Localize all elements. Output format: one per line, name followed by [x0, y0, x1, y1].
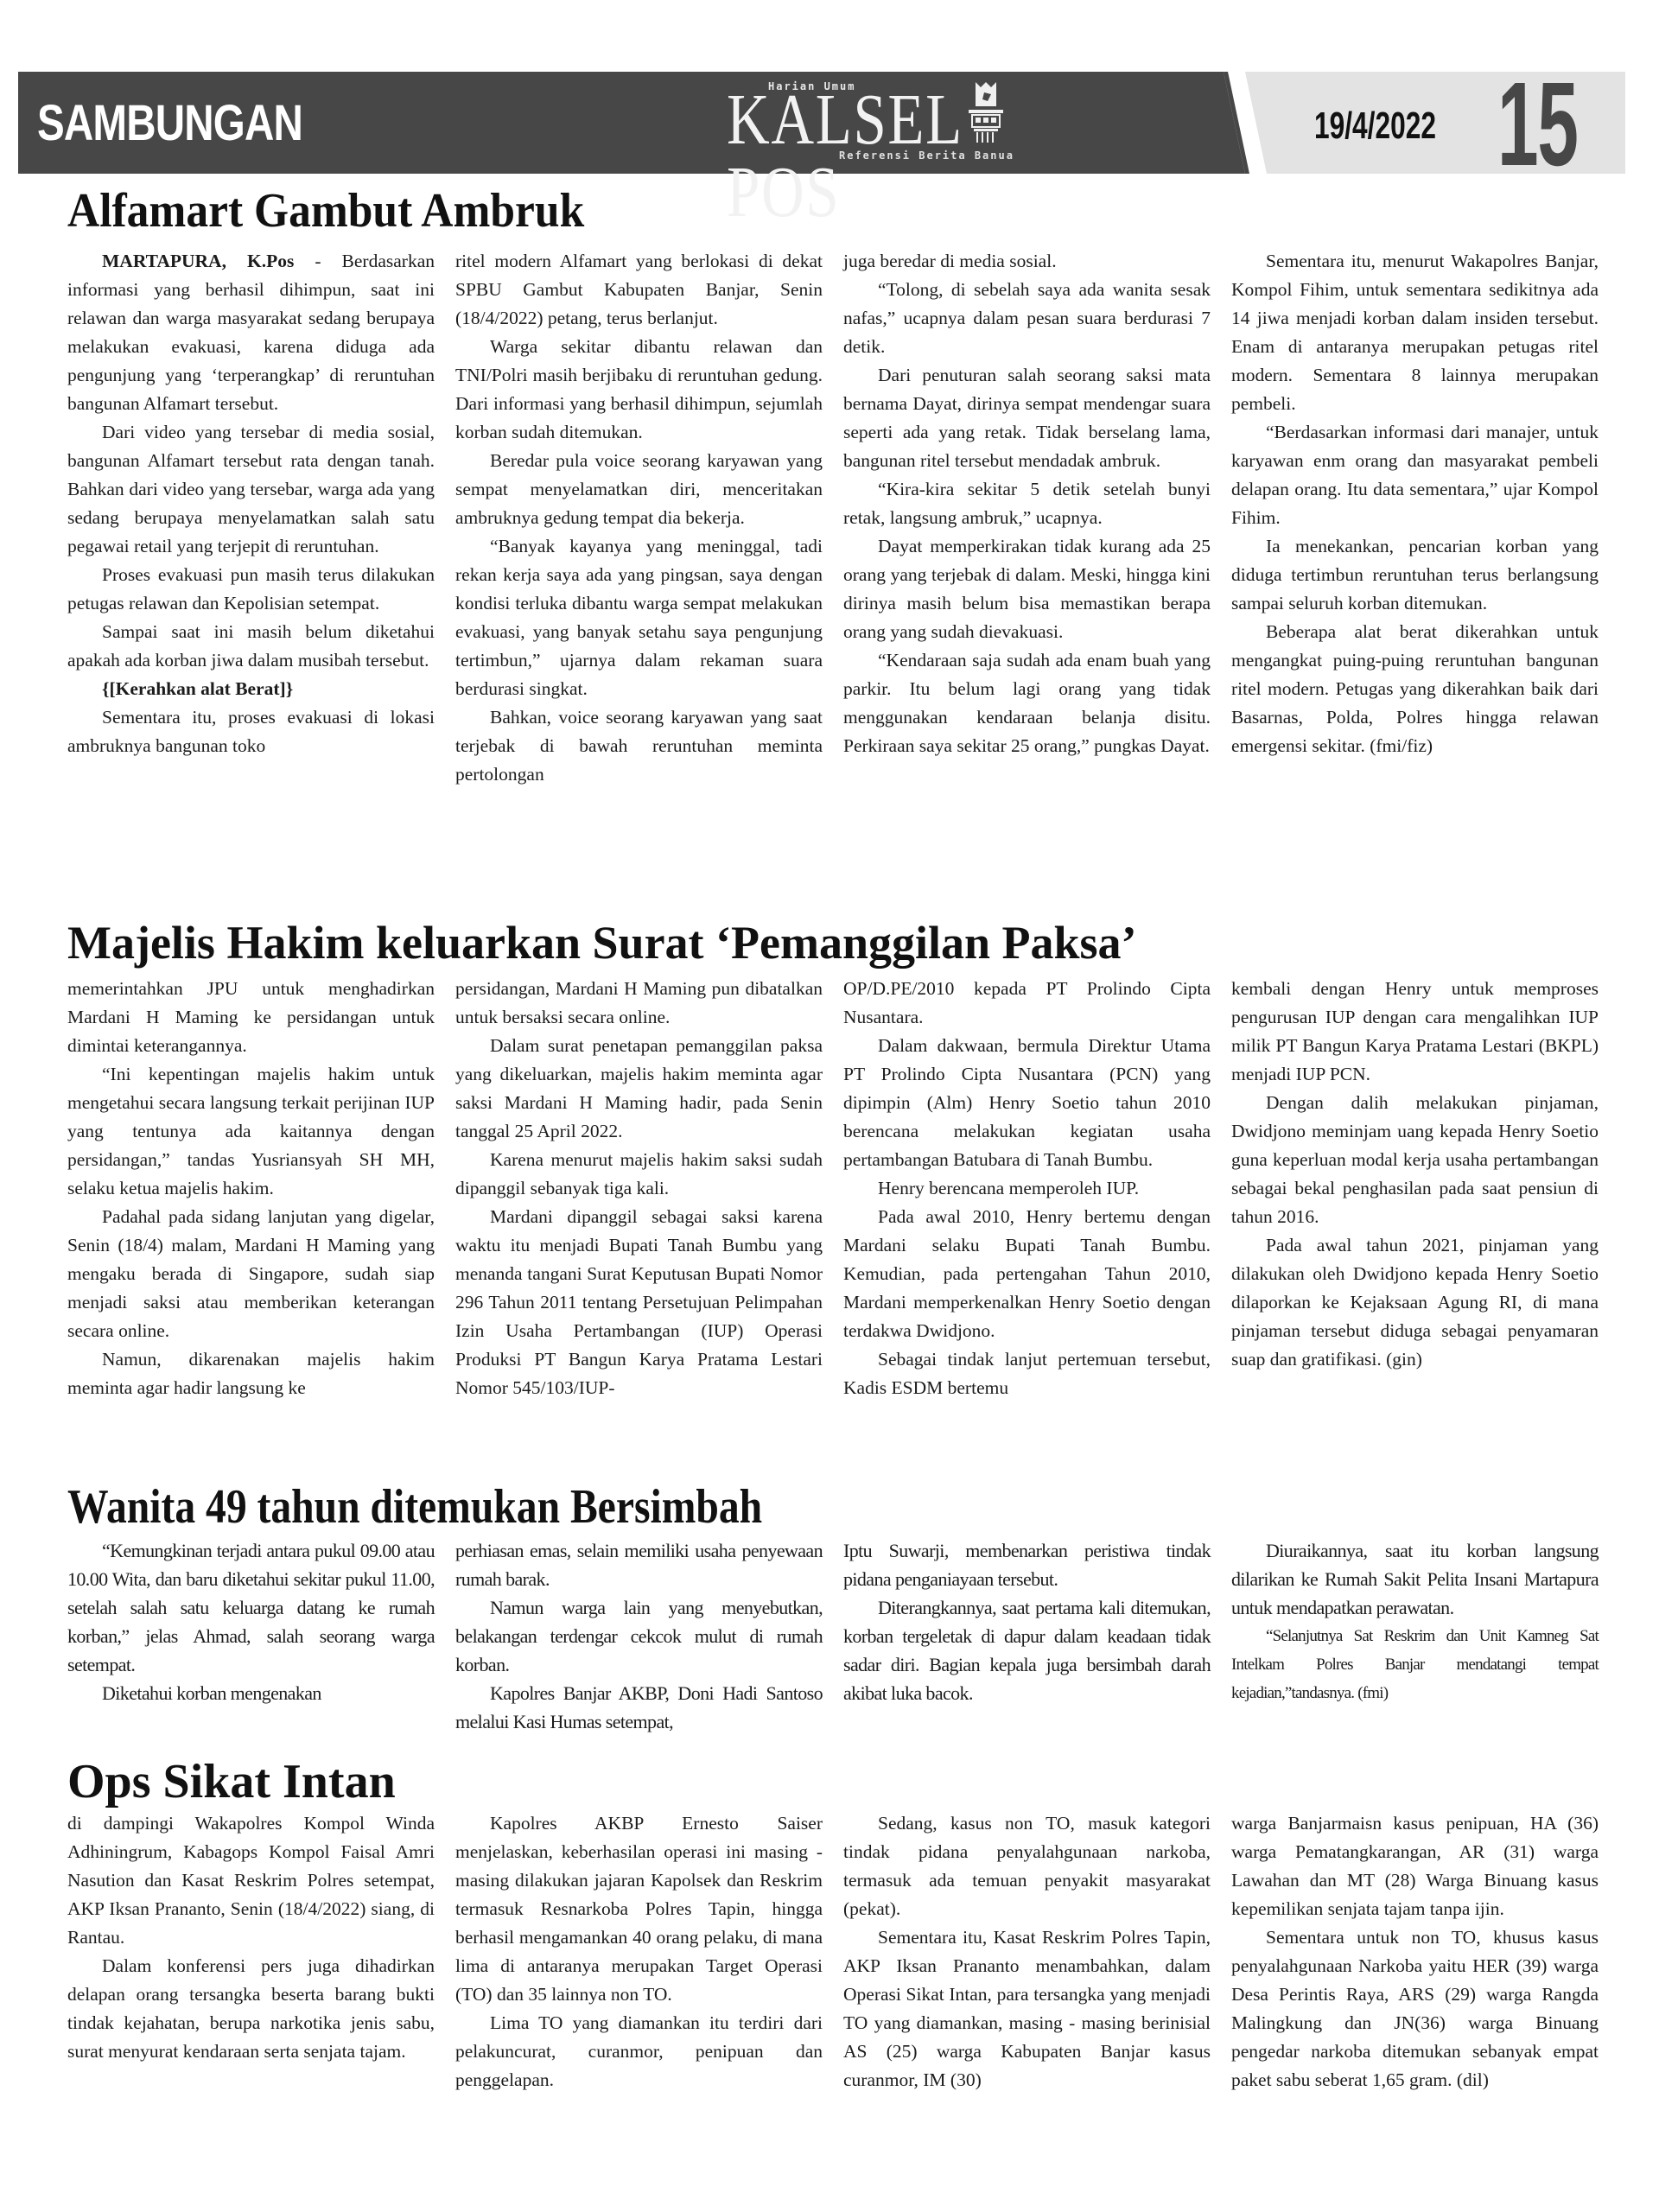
text-column: warga Banjarmaisn kasus penipuan, HA (36…: [1231, 1809, 1599, 2094]
paragraph-text: Padahal pada sidang lanjutan yang digela…: [67, 1206, 435, 1341]
paragraph: memerintahkan JPU untuk menghadirkan Mar…: [67, 975, 435, 1060]
paragraph-text: Diuraikannya, saat itu korban langsung d…: [1231, 1540, 1599, 1618]
newspaper-logo: Harian Umum KALSELPOS Referensi Berita B…: [727, 77, 1176, 168]
text-column: di dampingi Wakapolres Kompol Winda Adhi…: [67, 1809, 435, 2094]
text-column: ritel modern Alfamart yang berlokasi di …: [455, 247, 823, 789]
article-headline: Majelis Hakim keluarkan Surat ‘Pemanggil…: [67, 916, 1137, 969]
paragraph-text: “Kira-kira sekitar 5 detik setelah bunyi…: [843, 479, 1211, 528]
paragraph-text: kembali dengan Henry untuk memproses pen…: [1231, 978, 1599, 1084]
paragraph-text: Dari video yang tersebar di media sosial…: [67, 422, 435, 556]
paragraph-text: Sementara itu, proses evakuasi di lokasi…: [67, 707, 435, 756]
paragraph: “Ini kepentingan majelis hakim untuk men…: [67, 1060, 435, 1203]
article-body: di dampingi Wakapolres Kompol Winda Adhi…: [67, 1809, 1624, 2094]
paragraph: “Selanjutnya Sat Reskrim dan Unit Kamneg…: [1231, 1622, 1599, 1707]
paragraph-text: Beredar pula voice seorang karyawan yang…: [455, 450, 823, 528]
paragraph-text: “Ini kepentingan majelis hakim untuk men…: [67, 1064, 435, 1198]
logo-tagline: Referensi Berita Banua: [839, 149, 1014, 162]
paragraph-text: Proses evakuasi pun masih terus dilakuka…: [67, 564, 435, 613]
paragraph-text: Dari penuturan salah seorang saksi mata …: [843, 365, 1211, 471]
paragraph-text: Henry berencana memperoleh IUP.: [878, 1178, 1139, 1198]
subheading: {[Kerahkan alat Berat]}: [67, 675, 435, 703]
text-column: MARTAPURA, K.Pos - Berdasarkan informasi…: [67, 247, 435, 789]
paragraph: Iptu Suwarji, membenarkan peristiwa tind…: [843, 1536, 1211, 1593]
paragraph-text: - Berdasarkan informasi yang berhasil di…: [67, 251, 435, 414]
text-column: Kapolres AKBP Ernesto Saiser menjelaskan…: [455, 1809, 823, 2094]
paragraph-text: Ia menekankan, pencarian korban yang did…: [1231, 536, 1599, 613]
paragraph: warga Banjarmaisn kasus penipuan, HA (36…: [1231, 1809, 1599, 1923]
paragraph-text: juga beredar di media sosial.: [843, 251, 1057, 271]
page-number: 15: [1497, 68, 1578, 181]
dateline: MARTAPURA, K.Pos: [102, 251, 294, 271]
paragraph-text: “Banyak kayanya yang meninggal, tadi rek…: [455, 536, 823, 699]
paragraph-text: Sedang, kasus non TO, masuk kategori tin…: [843, 1813, 1211, 1919]
paragraph: Sedang, kasus non TO, masuk kategori tin…: [843, 1809, 1211, 1923]
paragraph: Sementara untuk non TO, khusus kasus pen…: [1231, 1923, 1599, 2094]
text-column: perhiasan emas, selain memiliki usaha pe…: [455, 1536, 823, 1736]
paragraph-text: “Kendaraan saja sudah ada enam buah yang…: [843, 650, 1211, 756]
paragraph: “Kira-kira sekitar 5 detik setelah bunyi…: [843, 475, 1211, 532]
subheading-text: {[Kerahkan alat Berat]}: [102, 678, 293, 699]
paragraph-text: memerintahkan JPU untuk menghadirkan Mar…: [67, 978, 435, 1056]
text-column: Sementara itu, menurut Wakapolres Banjar…: [1231, 247, 1599, 789]
paragraph: Sebagai tindak lanjut pertemuan tersebut…: [843, 1345, 1211, 1402]
paragraph-text: Iptu Suwarji, membenarkan peristiwa tind…: [843, 1540, 1211, 1590]
article-headline: Alfamart Gambut Ambruk: [67, 183, 584, 238]
paragraph: “Kendaraan saja sudah ada enam buah yang…: [843, 646, 1211, 760]
paragraph-text: Sementara untuk non TO, khusus kasus pen…: [1231, 1927, 1599, 2090]
paragraph-text: Pada awal tahun 2021, pinjaman yang dila…: [1231, 1235, 1599, 1370]
paragraph: Beredar pula voice seorang karyawan yang…: [455, 447, 823, 532]
paragraph-text: Namun, dikarenakan majelis hakim meminta…: [67, 1349, 435, 1398]
paragraph: “Tolong, di sebelah saya ada wanita sesa…: [843, 276, 1211, 361]
paragraph: Pada awal 2010, Henry bertemu dengan Mar…: [843, 1203, 1211, 1345]
paragraph-text: Dalam surat penetapan pemanggilan paksa …: [455, 1035, 823, 1141]
paragraph: Mardani dipanggil sebagai saksi karena w…: [455, 1203, 823, 1402]
paragraph: Namun warga lain yang menyebutkan, belak…: [455, 1593, 823, 1679]
paragraph: Proses evakuasi pun masih terus dilakuka…: [67, 561, 435, 618]
paragraph: Namun, dikarenakan majelis hakim meminta…: [67, 1345, 435, 1402]
paragraph-text: Sebagai tindak lanjut pertemuan tersebut…: [843, 1349, 1211, 1398]
paragraph-text: persidangan, Mardani H Maming pun dibata…: [455, 978, 823, 1027]
logo-word-left: KALSEL: [727, 79, 963, 160]
masthead: SAMBUNGAN Harian Umum KALSELPOS Referens…: [18, 72, 1625, 174]
paragraph-text: Bahkan, voice seorang karyawan yang saat…: [455, 707, 823, 785]
text-column: memerintahkan JPU untuk menghadirkan Mar…: [67, 975, 435, 1402]
paragraph: perhiasan emas, selain memiliki usaha pe…: [455, 1536, 823, 1593]
paragraph: “Banyak kayanya yang meninggal, tadi rek…: [455, 532, 823, 703]
paragraph-text: Sementara itu, menurut Wakapolres Banjar…: [1231, 251, 1599, 414]
paragraph: Kapolres Banjar AKBP, Doni Hadi Santoso …: [455, 1679, 823, 1736]
paragraph: Dengan dalih melakukan pinjaman, Dwidjon…: [1231, 1089, 1599, 1231]
text-column: Sedang, kasus non TO, masuk kategori tin…: [843, 1809, 1211, 2094]
paragraph: Diterangkannya, saat pertama kali ditemu…: [843, 1593, 1211, 1707]
paragraph-text: Dalam dakwaan, bermula Direktur Utama PT…: [843, 1035, 1211, 1170]
paragraph: Dalam konferensi pers juga dihadirkan de…: [67, 1952, 435, 2066]
banjar-house-emblem-icon: [969, 80, 1003, 146]
paragraph-text: Mardani dipanggil sebagai saksi karena w…: [455, 1206, 823, 1398]
paragraph-text: “Tolong, di sebelah saya ada wanita sesa…: [843, 279, 1211, 357]
issue-date: 19/4/2022: [1314, 105, 1436, 148]
paragraph-text: Sampai saat ini masih belum diketahui ap…: [67, 621, 435, 671]
paragraph-text: “Selanjutnya Sat Reskrim dan Unit Kamneg…: [1231, 1627, 1599, 1702]
paragraph: Ia menekankan, pencarian korban yang did…: [1231, 532, 1599, 618]
paragraph-text: Karena menurut majelis hakim saksi sudah…: [455, 1149, 823, 1198]
paragraph-text: Sementara itu, Kasat Reskrim Polres Tapi…: [843, 1927, 1211, 2090]
paragraph-text: Beberapa alat berat dikerahkan untuk men…: [1231, 621, 1599, 756]
paragraph: Beberapa alat berat dikerahkan untuk men…: [1231, 618, 1599, 760]
paragraph: Sementara itu, proses evakuasi di lokasi…: [67, 703, 435, 760]
paragraph-text: Kapolres AKBP Ernesto Saiser menjelaskan…: [455, 1813, 823, 2005]
paragraph: Diuraikannya, saat itu korban langsung d…: [1231, 1536, 1599, 1622]
paragraph: juga beredar di media sosial.: [843, 247, 1211, 276]
paragraph-text: Dengan dalih melakukan pinjaman, Dwidjon…: [1231, 1092, 1599, 1227]
text-column: Iptu Suwarji, membenarkan peristiwa tind…: [843, 1536, 1211, 1736]
paragraph: OP/D.PE/2010 kepada PT Prolindo Cipta Nu…: [843, 975, 1211, 1032]
paragraph-text: OP/D.PE/2010 kepada PT Prolindo Cipta Nu…: [843, 978, 1211, 1027]
article-body: memerintahkan JPU untuk menghadirkan Mar…: [67, 975, 1624, 1402]
paragraph: ritel modern Alfamart yang berlokasi di …: [455, 247, 823, 333]
paragraph-text: Dayat memperkirakan tidak kurang ada 25 …: [843, 536, 1211, 642]
paragraph: Karena menurut majelis hakim saksi sudah…: [455, 1146, 823, 1203]
paragraph: Sementara itu, Kasat Reskrim Polres Tapi…: [843, 1923, 1211, 2094]
text-column: juga beredar di media sosial.“Tolong, di…: [843, 247, 1211, 789]
paragraph-text: “Kemungkinan terjadi antara pukul 09.00 …: [67, 1540, 435, 1675]
paragraph-text: ritel modern Alfamart yang berlokasi di …: [455, 251, 823, 328]
paragraph-text: Diterangkannya, saat pertama kali ditemu…: [843, 1597, 1211, 1704]
paragraph-text: di dampingi Wakapolres Kompol Winda Adhi…: [67, 1813, 435, 1948]
paragraph: Sampai saat ini masih belum diketahui ap…: [67, 618, 435, 675]
article-headline: Ops Sikat Intan: [67, 1754, 396, 1809]
text-column: “Kemungkinan terjadi antara pukul 09.00 …: [67, 1536, 435, 1736]
paragraph-text: Pada awal 2010, Henry bertemu dengan Mar…: [843, 1206, 1211, 1341]
paragraph-text: Namun warga lain yang menyebutkan, belak…: [455, 1597, 823, 1675]
paragraph-text: Kapolres Banjar AKBP, Doni Hadi Santoso …: [455, 1682, 823, 1732]
paragraph: persidangan, Mardani H Maming pun dibata…: [455, 975, 823, 1032]
paragraph: MARTAPURA, K.Pos - Berdasarkan informasi…: [67, 247, 435, 418]
logo-word-right: POS: [727, 152, 840, 232]
paragraph-text: “Berdasarkan informasi dari manajer, unt…: [1231, 422, 1599, 528]
paragraph-text: Warga sekitar dibantu relawan dan TNI/Po…: [455, 336, 823, 442]
paragraph: Dari penuturan salah seorang saksi mata …: [843, 361, 1211, 475]
paragraph: “Berdasarkan informasi dari manajer, unt…: [1231, 418, 1599, 532]
paragraph-text: Diketahui korban mengenakan: [102, 1682, 321, 1704]
paragraph-text: perhiasan emas, selain memiliki usaha pe…: [455, 1540, 823, 1590]
paragraph-text: warga Banjarmaisn kasus penipuan, HA (36…: [1231, 1813, 1599, 1919]
paragraph: Kapolres AKBP Ernesto Saiser menjelaskan…: [455, 1809, 823, 2009]
paragraph: Dalam dakwaan, bermula Direktur Utama PT…: [843, 1032, 1211, 1174]
article-headline: Wanita 49 tahun ditemukan Bersimbah: [67, 1479, 762, 1535]
paragraph: “Kemungkinan terjadi antara pukul 09.00 …: [67, 1536, 435, 1679]
text-column: OP/D.PE/2010 kepada PT Prolindo Cipta Nu…: [843, 975, 1211, 1402]
paragraph: Dari video yang tersebar di media sosial…: [67, 418, 435, 561]
text-column: kembali dengan Henry untuk memproses pen…: [1231, 975, 1599, 1402]
paragraph: Lima TO yang diamankan itu terdiri dari …: [455, 2009, 823, 2094]
paragraph: Pada awal tahun 2021, pinjaman yang dila…: [1231, 1231, 1599, 1374]
paragraph: Dayat memperkirakan tidak kurang ada 25 …: [843, 532, 1211, 646]
paragraph: di dampingi Wakapolres Kompol Winda Adhi…: [67, 1809, 435, 1952]
paragraph-text: Dalam konferensi pers juga dihadirkan de…: [67, 1955, 435, 2062]
paragraph: Padahal pada sidang lanjutan yang digela…: [67, 1203, 435, 1345]
article-body: MARTAPURA, K.Pos - Berdasarkan informasi…: [67, 247, 1624, 789]
article-body: “Kemungkinan terjadi antara pukul 09.00 …: [67, 1536, 1624, 1736]
paragraph: Dalam surat penetapan pemanggilan paksa …: [455, 1032, 823, 1146]
paragraph: Bahkan, voice seorang karyawan yang saat…: [455, 703, 823, 789]
paragraph: Henry berencana memperoleh IUP.: [843, 1174, 1211, 1203]
section-label: SAMBUNGAN: [37, 94, 302, 152]
text-column: persidangan, Mardani H Maming pun dibata…: [455, 975, 823, 1402]
paragraph: Warga sekitar dibantu relawan dan TNI/Po…: [455, 333, 823, 447]
paragraph: kembali dengan Henry untuk memproses pen…: [1231, 975, 1599, 1089]
paragraph-text: Lima TO yang diamankan itu terdiri dari …: [455, 2012, 823, 2090]
text-column: Diuraikannya, saat itu korban langsung d…: [1231, 1536, 1599, 1736]
paragraph: Diketahui korban mengenakan: [67, 1679, 435, 1707]
paragraph: Sementara itu, menurut Wakapolres Banjar…: [1231, 247, 1599, 418]
